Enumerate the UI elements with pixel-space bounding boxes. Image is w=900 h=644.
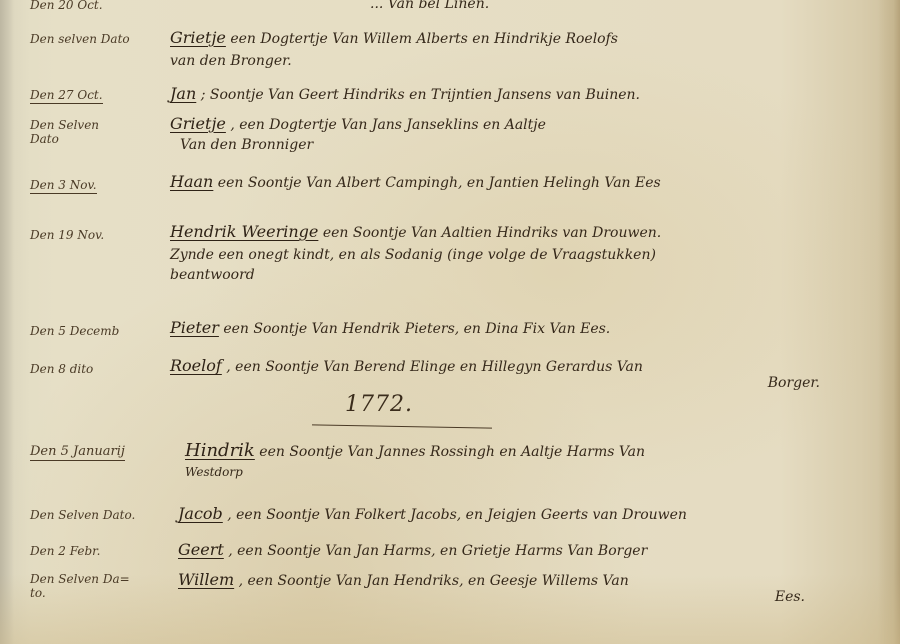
entry-continuation: Ees. xyxy=(178,589,880,605)
entry-record: , een Soontje Van Jan Hendriks, en Geesj… xyxy=(239,573,629,589)
entry-record: een Soontje Van Jannes Rossingh en Aaltj… xyxy=(259,444,645,460)
entry-text: ... Van bel Linen. xyxy=(370,0,880,12)
entry-date: Den 8 dito xyxy=(30,362,93,376)
entry-continuation: van den Bronger. xyxy=(170,53,880,69)
entry-date: Den 5 Decemb xyxy=(30,324,119,338)
entry-text: Jacob , een Soontje Van Folkert Jacobs, … xyxy=(178,504,880,523)
child-name: Jacob xyxy=(178,504,223,523)
entry-record: een Dogtertje Van Willem Alberts en Hind… xyxy=(230,31,618,47)
entry-date: Den 2 Febr. xyxy=(30,544,100,558)
entry-continuation: beantwoord xyxy=(170,267,880,283)
entry-text: Grietje , een Dogtertje Van Jans Jansekl… xyxy=(170,114,880,153)
child-name: Geert xyxy=(178,540,224,559)
entry-record: , een Soontje Van Folkert Jacobs, en Jei… xyxy=(227,507,687,523)
entry-continuation: Westdorp xyxy=(185,465,880,479)
page-left-edge xyxy=(0,0,14,644)
entry-date: Den 3 Nov. xyxy=(30,178,97,194)
entry-date: Den 5 Januarij xyxy=(30,444,125,461)
entry-record: een Soontje Van Aaltien Hindriks van Dro… xyxy=(323,225,661,241)
entry-text: Hindrik een Soontje Van Jannes Rossingh … xyxy=(185,440,880,479)
entry-date: Den Selven Da= to. xyxy=(30,572,140,600)
child-name: Roelof xyxy=(170,356,222,375)
entry-text: Geert , een Soontje Van Jan Harms, en Gr… xyxy=(178,540,880,559)
entry-text: Willem , een Soontje Van Jan Hendriks, e… xyxy=(178,570,880,605)
entry-date: Den 19 Nov. xyxy=(30,228,104,242)
entry-record: , een Soontje Van Berend Elinge en Hille… xyxy=(226,359,643,375)
child-name: Hendrik Weeringe xyxy=(170,222,318,241)
entry-continuation: Van den Bronniger xyxy=(170,137,880,153)
entry-record: , een Dogtertje Van Jans Janseklins en A… xyxy=(230,117,546,133)
entry-date: Den Selven Dato. xyxy=(30,508,135,522)
child-name: Grietje xyxy=(170,114,226,133)
child-name: Hindrik xyxy=(185,440,255,461)
child-name: Jan xyxy=(170,84,196,103)
entry-date: Den selven Dato xyxy=(30,32,130,46)
child-name: Grietje xyxy=(170,28,226,47)
entry-date: Den 27 Oct. xyxy=(30,88,103,104)
child-name: Willem xyxy=(178,570,234,589)
entry-text: Haan een Soontje Van Albert Campingh, en… xyxy=(170,172,880,191)
year-heading: 1772. xyxy=(345,392,413,417)
entry-record: een Soontje Van Albert Campingh, en Jant… xyxy=(218,175,661,191)
entry-date: Den 20 Oct. xyxy=(30,0,103,12)
entry-continuation: Zynde een onegt kindt, en als Sodanig (i… xyxy=(170,247,880,263)
entry-text: Roelof , een Soontje Van Berend Elinge e… xyxy=(170,356,880,391)
child-name: Pieter xyxy=(170,318,219,337)
entry-continuation: Borger. xyxy=(170,375,880,391)
entry-record: ; Soontje Van Geert Hindriks en Trijntie… xyxy=(201,87,640,103)
entry-record: , een Soontje Van Jan Harms, en Grietje … xyxy=(228,543,647,559)
entry-text: Grietje een Dogtertje Van Willem Alberts… xyxy=(170,28,880,69)
page-right-edge xyxy=(878,0,900,644)
entry-text: Hendrik Weeringe een Soontje Van Aaltien… xyxy=(170,222,880,283)
entry-record: een Soontje Van Hendrik Pieters, en Dina… xyxy=(223,321,610,337)
child-name: Haan xyxy=(170,172,213,191)
entry-record: ... Van bel Linen. xyxy=(370,0,489,12)
entry-date: Den Selven Dato xyxy=(30,118,100,146)
entry-text: Jan ; Soontje Van Geert Hindriks en Trij… xyxy=(170,84,880,103)
entry-text: Pieter een Soontje Van Hendrik Pieters, … xyxy=(170,318,880,337)
